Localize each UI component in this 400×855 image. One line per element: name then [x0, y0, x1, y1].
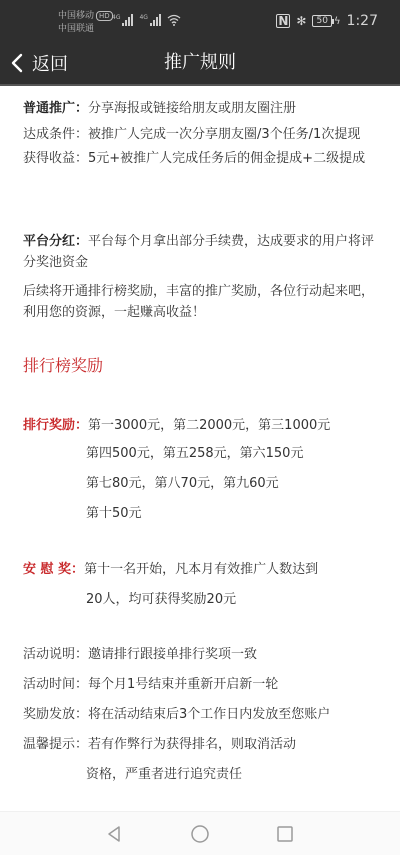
- ranking-reward: 排行奖励：第一3000元，第二2000元，第三1000元: [23, 414, 330, 433]
- activity-tip: 温馨提示：若有作弊行为获得排名，则取消活动: [23, 733, 296, 752]
- rule-normal: 普通推广：分享海报或链接给朋友或朋友圈注册: [23, 97, 296, 116]
- chevron-left-icon: [10, 53, 24, 73]
- signal-icon: 4G: [112, 14, 133, 26]
- top-navbar: 返回 推广规则: [0, 40, 400, 86]
- consolation-line: 20人，均可获得奖励20元: [86, 588, 236, 607]
- rule-dividend-cont: 分奖池资金: [23, 251, 88, 270]
- activity-time: 活动时间：每个月1号结束并重新开启新一轮: [23, 673, 278, 692]
- future-text-2: 利用您的资源，一起赚高收益！: [23, 301, 205, 320]
- nav-recents-icon[interactable]: [275, 824, 295, 844]
- activity-payout: 奖励发放：将在活动结束后3个工作日内发放至您账户: [23, 703, 330, 722]
- signal-icon: 4G: [139, 14, 160, 26]
- signal-indicators: 4G 4G: [112, 14, 181, 26]
- clock: 1:27: [347, 13, 378, 29]
- nav-home-icon[interactable]: [190, 824, 210, 844]
- rule-dividend: 平台分红：平台每个月拿出部分手续费，达成要求的用户将评: [23, 230, 374, 249]
- rule-earnings: 获得收益：5元+被推广人完成任务后的佣金提成+二级提成: [23, 147, 365, 166]
- ranking-section-title: 排行榜奖励: [23, 353, 103, 376]
- battery-icon: 50: [312, 15, 331, 27]
- future-text-1: 后续将开通排行榜奖励，丰富的推广奖励，各位行动起来吧，: [23, 280, 374, 299]
- rule-condition: 达成条件：被推广人完成一次分享朋友圈/3个任务/1次提现: [23, 123, 360, 142]
- status-right: N ✻ 50 ϟ 1:27: [276, 13, 378, 29]
- bluetooth-icon: ✻: [296, 14, 306, 28]
- status-bar: 中国移动HD 中国联通 4G 4G N ✻ 50 ϟ 1:27: [0, 0, 400, 40]
- hd-badge: HD: [96, 11, 113, 21]
- back-label: 返回: [32, 50, 68, 76]
- carrier-1: 中国移动: [58, 11, 94, 21]
- ranking-reward-line: 第十50元: [86, 502, 142, 521]
- ranking-reward-line: 第七80元，第八70元，第九60元: [86, 472, 279, 491]
- activity-desc: 活动说明：邀请排行跟接单排行奖项一致: [23, 643, 257, 662]
- system-nav-bar: [0, 811, 400, 855]
- activity-tip-cont: 资格，严重者进行追究责任: [86, 763, 242, 782]
- nfc-icon: N: [276, 14, 290, 28]
- nav-back-icon[interactable]: [104, 824, 124, 844]
- charging-icon: ϟ: [334, 16, 341, 27]
- carrier-info: 中国移动HD 中国联通: [58, 10, 113, 36]
- carrier-2: 中国联通: [58, 23, 113, 36]
- back-button[interactable]: 返回: [10, 40, 68, 86]
- consolation-prize: 安 慰 奖：第十一名开始，凡本月有效推广人数达到: [23, 558, 318, 577]
- wifi-icon: [167, 14, 181, 26]
- ranking-reward-line: 第四500元，第五258元，第六150元: [86, 442, 303, 461]
